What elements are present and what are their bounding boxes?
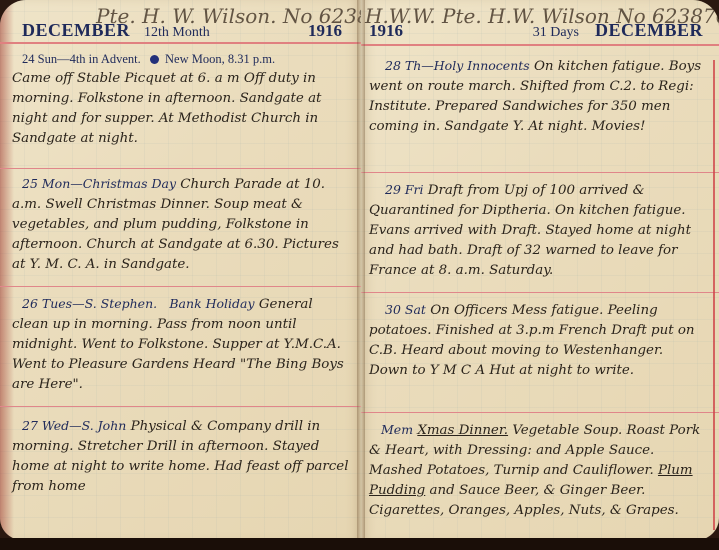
entry-text: 25 Mon—Christmas Day Church Parade at 10… xyxy=(12,174,351,275)
header-month: DECEMBER xyxy=(595,20,703,41)
page-header: 1916 31 Days DECEMBER xyxy=(369,20,703,44)
entry-divider xyxy=(361,172,719,173)
entry-text-line1: Physical & Company xyxy=(131,419,271,434)
day-label: 29 Fri xyxy=(369,182,424,197)
header-month-number: 12th Month xyxy=(144,25,210,41)
header-month: DECEMBER xyxy=(22,20,130,41)
book-spine xyxy=(357,0,365,540)
entry-text: 26 Tues—S. Stephen. Bank Holiday General… xyxy=(12,294,351,395)
day-label: 26 Tues—S. Stephen. xyxy=(12,296,157,311)
page-header: DECEMBER 12th Month 1916 xyxy=(22,20,342,44)
header-days: 31 Days xyxy=(533,25,579,41)
xmas-dinner-heading: Xmas Dinner. xyxy=(417,423,508,438)
moon-note: New Moon, 8.31 p.m. xyxy=(165,52,275,66)
background-edge xyxy=(0,538,719,550)
day-label: 28 Th—Holy Innocents xyxy=(369,58,530,73)
entry-text: 28 Th—Holy Innocents On kitchen fatigue.… xyxy=(369,56,705,137)
diary-entry-28: 28 Th—Holy Innocents On kitchen fatigue.… xyxy=(361,56,719,137)
entry-text: Mem Xmas Dinner. Vegetable Soup. Roast P… xyxy=(369,420,701,521)
header-rule xyxy=(0,42,361,44)
memoranda-entry: Mem Xmas Dinner. Vegetable Soup. Roast P… xyxy=(361,420,719,521)
entry-text-line1: Church Parade at xyxy=(180,177,299,192)
entry-text: 30 Sat On Officers Mess fatigue. Peeling… xyxy=(369,300,705,381)
diary-entry-30: 30 Sat On Officers Mess fatigue. Peeling… xyxy=(361,300,719,381)
day-heading: 24 Sun—4th in Advent. New Moon, 8.31 p.m… xyxy=(12,52,351,67)
entry-text-line1: Vegetable Soup. xyxy=(508,423,622,438)
entry-text: 27 Wed—S. John Physical & Company drill … xyxy=(12,416,351,497)
entry-text-line1: Draft from Upj of 100 arrived xyxy=(428,183,629,198)
diary-entry-24: 24 Sun—4th in Advent. New Moon, 8.31 p.m… xyxy=(0,52,361,149)
entry-text-line1: On Officers Mess fatigue. xyxy=(430,303,603,318)
entry-divider xyxy=(0,286,361,287)
right-page: H.W.W. Pte. H.W. Wilson No 623870. 1916 … xyxy=(361,0,719,540)
day-label: 25 Mon—Christmas Day xyxy=(12,176,176,191)
header-year: 1916 xyxy=(369,21,403,41)
diary-entry-26: 26 Tues—S. Stephen. Bank Holiday General… xyxy=(0,294,361,395)
entry-divider xyxy=(361,412,719,413)
entry-divider xyxy=(0,406,361,407)
header-rule xyxy=(361,44,719,46)
header-year: 1916 xyxy=(308,21,342,41)
left-page: Pte. H. W. Wilson. No 623870. DECEMBER 1… xyxy=(0,0,361,540)
entry-divider xyxy=(0,168,361,169)
diary-spread: Pte. H. W. Wilson. No 623870. DECEMBER 1… xyxy=(0,0,719,540)
memo-label: Mem xyxy=(369,422,413,437)
diary-entry-27: 27 Wed—S. John Physical & Company drill … xyxy=(0,416,361,497)
entry-text-line1: Came off Stable Picquet at 6. a m Off xyxy=(12,71,264,86)
day-label: 27 Wed—S. John xyxy=(12,418,126,433)
day-label: 24 Sun—4th in Advent. xyxy=(22,52,141,66)
entry-text-line1: On kitchen fatigue. xyxy=(534,59,665,74)
entry-text: Came off Stable Picquet at 6. a m Off du… xyxy=(12,69,351,149)
diary-entry-25: 25 Mon—Christmas Day Church Parade at 10… xyxy=(0,174,361,275)
entry-text-body: clean up in morning. Pass from noon unti… xyxy=(12,317,344,392)
entry-divider xyxy=(361,292,719,293)
holiday-label: Bank Holiday xyxy=(169,296,254,311)
new-moon-icon xyxy=(150,55,159,64)
entry-text-line1: General xyxy=(259,297,313,312)
diary-entry-29: 29 Fri Draft from Upj of 100 arrived & Q… xyxy=(361,180,719,281)
entry-text: 29 Fri Draft from Upj of 100 arrived & Q… xyxy=(369,180,705,281)
day-label: 30 Sat xyxy=(369,302,426,317)
